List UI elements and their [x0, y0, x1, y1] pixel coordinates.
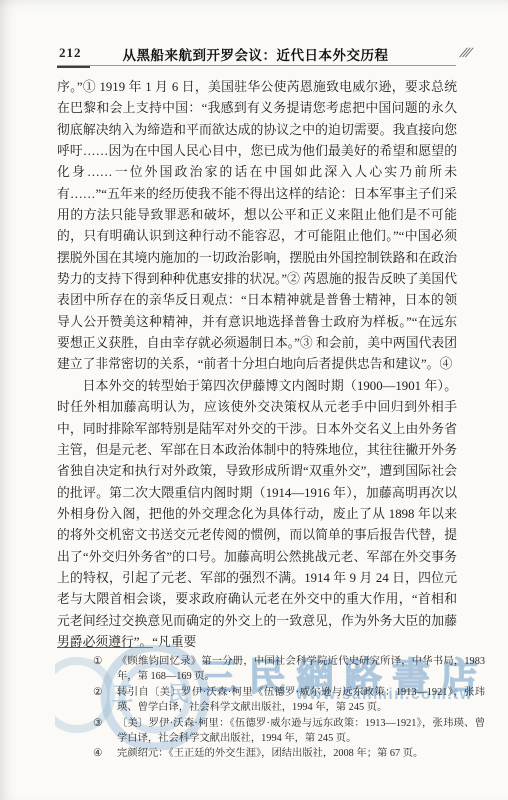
footnote-text: 《顾维钧回忆录》第一分册，中国社会科学院近代史研究所译，中华书局，1983 年，… [117, 654, 485, 685]
footnotes: ① 《顾维钧回忆录》第一分册，中国社会科学院近代史研究所译，中华书局，1983 … [93, 654, 485, 762]
footnote-text: 〔美〕罗伊·沃森·柯里：《伍德罗·威尔逊与远东政策：1913—1921》，张玮瑛… [117, 716, 485, 747]
page-header: 212 从黑船来航到开罗会议：近代日本外交历程 /// [57, 44, 464, 64]
footnote-marker: ③ [93, 716, 117, 747]
body-text: 序。”① 1919 年 1 月 6 日，美国驻华公使芮恩施致电威尔逊，要求总统在… [57, 77, 457, 653]
footnote-marker: ① [93, 654, 117, 685]
header-title: 从黑船来航到开罗会议：近代日本外交历程 [57, 44, 454, 64]
footnote-item: ① 《顾维钧回忆录》第一分册，中国社会科学院近代史研究所译，中华书局，1983 … [93, 654, 485, 685]
footnote-text: 转引自〔美〕罗伊·沃森·柯里《伍德罗·威尔逊与远东政策：1913—1921》，张… [117, 685, 485, 716]
footnote-item: ④ 完颜绍元：《王正廷的外交生涯》，团结出版社，2008 年；第 67 页。 [93, 746, 485, 761]
header-rule [57, 65, 456, 66]
body-paragraph-1: 序。”① 1919 年 1 月 6 日，美国驻华公使芮恩施致电威尔逊，要求总统在… [57, 77, 457, 376]
book-page: 212 从黑船来航到开罗会议：近代日本外交历程 /// 序。”① 1919 年 … [0, 0, 508, 800]
body-paragraph-2: 日本外交的转型始于第四次伊藤博文内阁时期（1900—1901 年）。时任外相加藤… [57, 376, 457, 653]
footnote-separator-rule [57, 647, 153, 648]
footnote-marker: ② [93, 685, 117, 716]
footnote-marker: ④ [93, 746, 117, 761]
footnote-item: ③ 〔美〕罗伊·沃森·柯里：《伍德罗·威尔逊与远东政策：1913—1921》，张… [93, 716, 485, 747]
header-corner-slashes-icon: /// [459, 46, 473, 62]
footnote-text: 完颜绍元：《王正廷的外交生涯》，团结出版社，2008 年；第 67 页。 [117, 746, 485, 761]
page-number-underline [57, 66, 90, 68]
footnote-item: ② 转引自〔美〕罗伊·沃森·柯里《伍德罗·威尔逊与远东政策：1913—1921》… [93, 685, 485, 716]
